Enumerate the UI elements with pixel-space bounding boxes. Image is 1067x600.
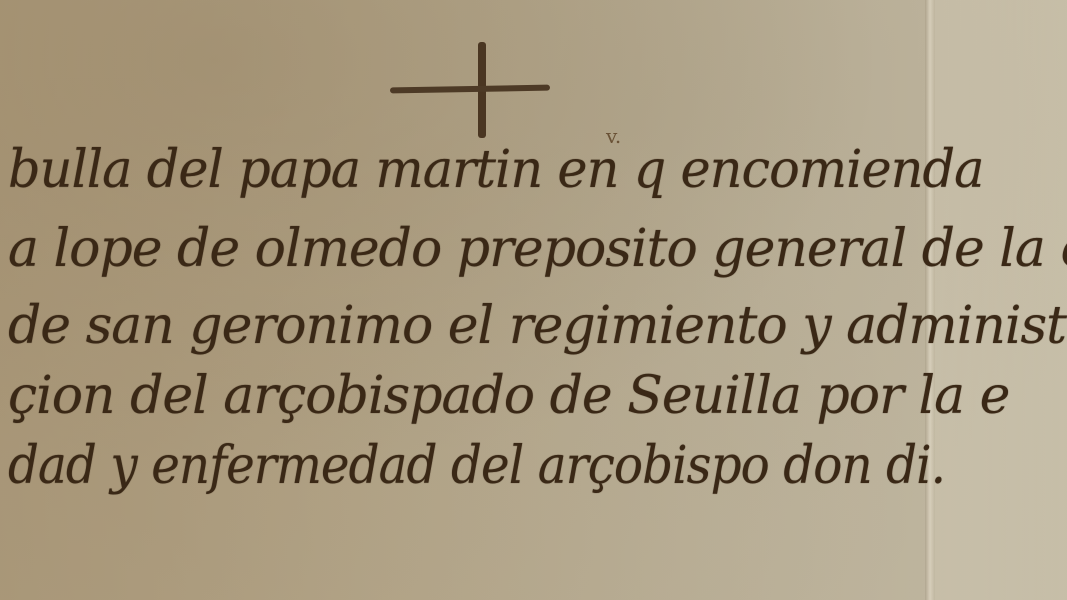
manuscript-line-4: çion del arçobispado de Seuilla por la e (8, 366, 1009, 426)
cross-icon (390, 40, 550, 140)
manuscript-line-1: bulla del papa martin en q encomienda (8, 140, 984, 200)
manuscript-line-2: a lope de olmedo preposito general de la… (8, 219, 1067, 279)
cross-horizontal-stroke (390, 85, 550, 94)
manuscript-line-5: dad y enfermedad del arçobispo don di. (8, 436, 945, 496)
manuscript-line-3: de san geronimo el regimiento y administ… (8, 296, 1067, 356)
